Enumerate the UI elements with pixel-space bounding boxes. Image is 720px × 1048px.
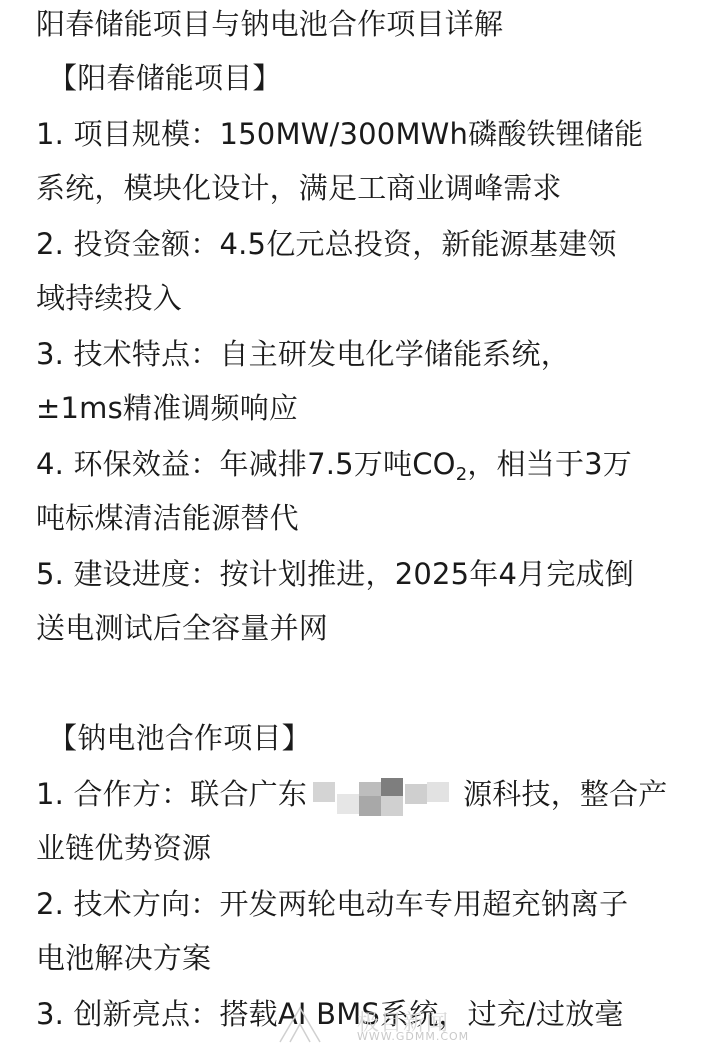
list-item-text: ，相当于3万	[467, 447, 632, 481]
watermark-url: WWW.GDMM.COM	[357, 1030, 469, 1043]
list-item: 4. 环保效益：年减排7.5万吨CO2，相当于3万	[36, 444, 632, 484]
list-item: 1. 项目规模：150MW/300MWh磷酸铁锂储能	[36, 114, 643, 154]
list-item-continuation: 吨标煤清洁能源替代	[36, 498, 299, 538]
list-item-continuation: 电池解决方案	[36, 938, 211, 978]
list-item-continuation: 业链优势资源	[36, 828, 211, 868]
list-item-continuation: 系统，模块化设计，满足工商业调峰需求	[36, 168, 562, 208]
list-item: 3. 技术特点：自主研发电化学储能系统，	[36, 334, 570, 374]
watermark: 极目新闻 WWW.GDMM.COM	[262, 1004, 482, 1048]
watermark-logo-icon	[276, 1004, 324, 1044]
list-item-continuation: 送电测试后全容量并网	[36, 608, 328, 648]
list-item: 5. 建设进度：按计划推进，2025年4月完成倒	[36, 554, 634, 594]
list-item: 2. 投资金额：4.5亿元总投资，新能源基建领	[36, 224, 617, 264]
section-heading-yangchun: 【阳春储能项目】	[48, 58, 282, 98]
list-item-text: 4. 环保效益：年减排7.5万吨CO	[36, 447, 456, 481]
document-title: 阳春储能项目与钠电池合作项目详解	[36, 4, 503, 44]
list-item: 1. 合作方：联合广东 源科技，整合产	[36, 774, 668, 814]
list-item: 2. 技术方向：开发两轮电动车专用超充钠离子	[36, 884, 628, 924]
list-item-text: 1. 合作方：联合广东	[36, 777, 307, 811]
list-item-continuation: ±1ms精准调频响应	[36, 388, 298, 428]
list-item-continuation: 域持续投入	[36, 278, 182, 318]
list-item-text: 源科技，整合产	[463, 777, 667, 811]
blurred-redaction	[309, 778, 461, 814]
section-heading-sodium: 【钠电池合作项目】	[48, 718, 311, 758]
subscript: 2	[456, 464, 468, 485]
